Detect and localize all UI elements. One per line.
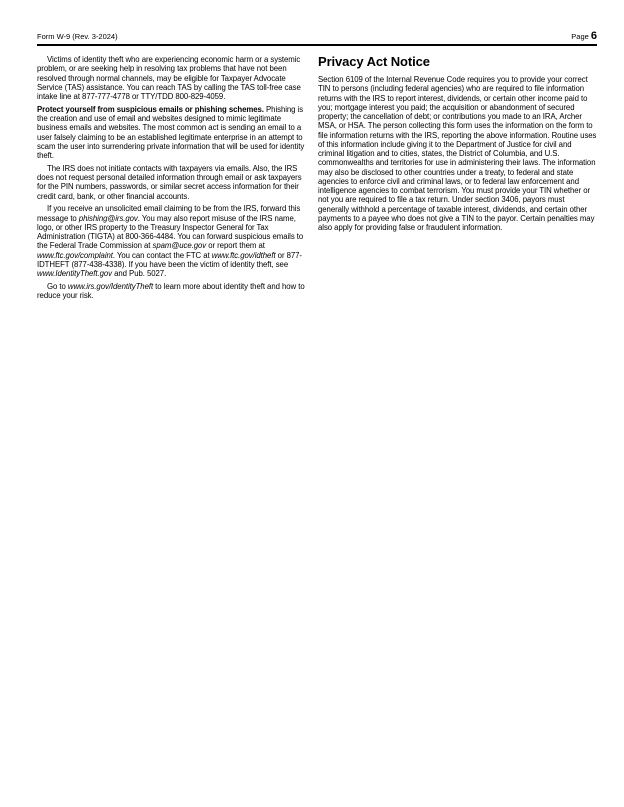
text-run: The IRS does not initiate contacts with … (37, 164, 302, 201)
paragraph: Go to www.irs.gov/IdentityTheft to learn… (37, 282, 307, 301)
text-run: or report them at (206, 241, 265, 250)
page-content: Form W-9 (Rev. 3-2024) Page 6 Victims of… (37, 32, 597, 304)
url-text: spam@uce.gov (153, 241, 207, 250)
text-run: Phishing is the creation and use of emai… (37, 105, 304, 160)
page-label: Page (571, 32, 591, 41)
page-header: Form W-9 (Rev. 3-2024) Page 6 (37, 32, 597, 44)
right-column: Privacy Act Notice Section 6109 of the I… (318, 55, 597, 304)
paragraph: If you receive an unsolicited email clai… (37, 204, 307, 278)
url-text: www.ftc.gov/idtheft (212, 251, 276, 260)
url-text: www.IdentityTheft.gov (37, 269, 112, 278)
text-run: and Pub. 5027. (112, 269, 166, 278)
paragraph: Section 6109 of the Internal Revenue Cod… (318, 75, 597, 232)
text-run: . You can contact the FTC at (113, 251, 212, 260)
paragraph: Victims of identity theft who are experi… (37, 55, 307, 101)
text-run: Victims of identity theft who are experi… (37, 55, 301, 101)
url-text: www.ftc.gov/complaint (37, 251, 113, 260)
document-page: Form W-9 (Rev. 3-2024) Page 6 Victims of… (0, 0, 624, 807)
page-number-value: 6 (591, 30, 597, 42)
paragraph: The IRS does not initiate contacts with … (37, 164, 307, 201)
privacy-act-notice-body: Section 6109 of the Internal Revenue Cod… (318, 75, 597, 232)
url-text: phishing@irs.gov (79, 214, 138, 223)
bold-lead-text: Protect yourself from suspicious emails … (37, 105, 264, 114)
text-run: Section 6109 of the Internal Revenue Cod… (318, 75, 596, 232)
paragraph: Protect yourself from suspicious emails … (37, 105, 307, 161)
left-column: Victims of identity theft who are experi… (37, 55, 307, 304)
url-text: www.irs.gov/IdentityTheft (68, 282, 153, 291)
header-divider (37, 44, 597, 46)
form-revision-label: Form W-9 (Rev. 3-2024) (37, 32, 118, 41)
text-run: Go to (47, 282, 68, 291)
two-column-body: Victims of identity theft who are experi… (37, 55, 597, 304)
page-number: Page 6 (571, 32, 597, 41)
privacy-act-notice-heading: Privacy Act Notice (318, 55, 597, 69)
